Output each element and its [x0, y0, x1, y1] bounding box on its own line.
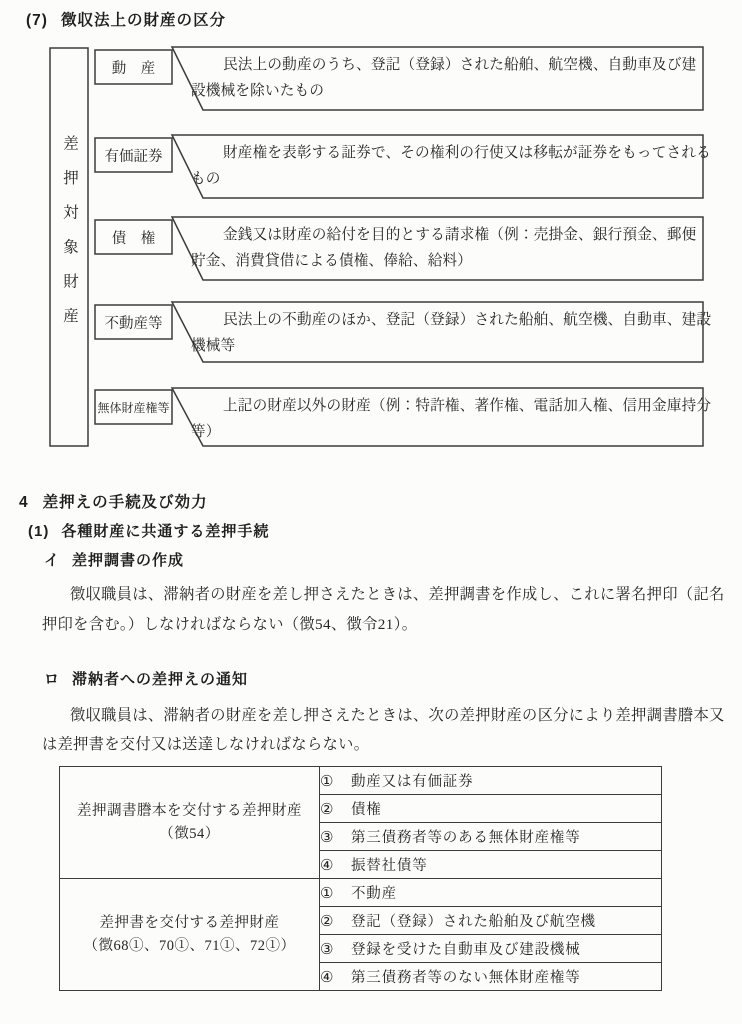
property-classification-diagram: 差押対象財産 動 産 有価証券 債 権 不動産等 無体財産権等 民法上の動産のう… — [0, 40, 742, 460]
paragraph-line: 徴収職員は、滞納者の財産を差し押さえたときは、次の差押財産の区分により差押調書謄… — [42, 701, 722, 730]
item-number: ① — [320, 772, 338, 791]
category-label-claims: 債 権 — [95, 220, 172, 254]
item-text: 第三債務者等のある無体財産権等 — [351, 830, 581, 846]
item-i-heading: イ差押調書の作成 — [44, 549, 184, 570]
section4-title: 差押えの手続及び効力 — [43, 494, 208, 511]
table-cell: ③第三債務者等のある無体財産権等 — [320, 823, 662, 851]
category-description-movables: 民法上の動産のうち、登記（登録）された船舶、航空機、自動車及び建 設機械を除いた… — [191, 47, 703, 104]
group1-header-line1: 差押調書謄本を交付する差押財産 — [60, 800, 319, 823]
description-line: 財産権を表彰する証券で、その権利の行使又は移転が証券をもってされる — [191, 140, 703, 166]
table-cell: ④振替社債等 — [320, 851, 662, 879]
table-cell: ②登記（登録）された船舶及び航空機 — [320, 907, 662, 935]
category-description-intangibles: 上記の財産以外の財産（例：特許権、著作権、電話加入権、信用金庫持分 等） — [191, 388, 703, 445]
item-ro-title: 滞納者への差押えの通知 — [72, 671, 248, 688]
section4-number: 4 — [19, 494, 29, 511]
item-number: ① — [320, 884, 338, 903]
table-cell: ③登録を受けた自動車及び建設機械 — [320, 935, 662, 963]
description-line: 機械等 — [191, 333, 703, 359]
group1-header-cell: 差押調書謄本を交付する差押財産 （徴54） — [60, 767, 320, 879]
paragraph-line: 徴収職員は、滞納者の財産を差し押さえたときは、差押調書を作成し、これに署名押印（… — [42, 580, 722, 610]
description-line: 等） — [191, 419, 703, 445]
category-label-securities: 有価証券 — [95, 138, 172, 172]
table-cell: ①不動産 — [320, 879, 662, 907]
diagram-axis-label: 差押対象財産 — [50, 48, 88, 428]
item-i-marker: イ — [44, 552, 60, 569]
description-line: 民法上の不動産のほか、登記（登録）された船舶、航空機、自動車、建設 — [191, 307, 703, 333]
item-text: 第三債務者等のない無体財産権等 — [351, 970, 581, 986]
table-cell: ②債権 — [320, 795, 662, 823]
table-row: 差押調書謄本を交付する差押財産 （徴54） ①動産又は有価証券 — [60, 767, 662, 795]
category-description-securities: 財産権を表彰する証券で、その権利の行使又は移転が証券をもってされる もの — [191, 135, 703, 192]
group2-header-cell: 差押書を交付する差押財産 （徴68①、70①、71①、72①） — [60, 879, 320, 991]
description-line: もの — [191, 166, 703, 192]
category-label-realestate: 不動産等 — [95, 305, 172, 339]
section7-number: (7) — [26, 12, 48, 29]
subsection1-title: 各種財産に共通する差押手続 — [61, 523, 269, 540]
scanned-document-page: (7)徴収法上の財産の区分 差押対象財産 動 産 有価証券 債 権 不動産等 — [0, 0, 742, 1024]
section7-heading: (7)徴収法上の財産の区分 — [26, 8, 226, 30]
group1-header-line2: （徴54） — [60, 823, 319, 846]
table-row: 差押書を交付する差押財産 （徴68①、70①、71①、72①） ①不動産 — [60, 879, 662, 907]
seizure-notification-table: 差押調書謄本を交付する差押財産 （徴54） ①動産又は有価証券 ②債権 ③第三債… — [59, 766, 662, 991]
table-cell: ①動産又は有価証券 — [320, 767, 662, 795]
section7-title: 徴収法上の財産の区分 — [61, 12, 226, 29]
group2-header-line1: 差押書を交付する差押財産 — [60, 912, 319, 935]
item-text: 動産又は有価証券 — [351, 774, 473, 790]
item-text: 登録を受けた自動車及び建設機械 — [351, 942, 581, 958]
category-label-movables: 動 産 — [95, 50, 172, 84]
description-line: 金銭又は財産の給付を目的とする請求権（例：売掛金、銀行預金、郵便 — [191, 222, 703, 248]
description-line: 上記の財産以外の財産（例：特許権、著作権、電話加入権、信用金庫持分 — [191, 393, 703, 419]
item-ro-heading: ロ滞納者への差押えの通知 — [44, 668, 248, 689]
item-number: ② — [320, 800, 338, 819]
item-text: 不動産 — [351, 886, 397, 902]
description-line: 貯金、消費貸借による債権、俸給、給料） — [191, 248, 703, 274]
paragraph-line: は差押書を交付又は送達しなければならない。 — [42, 730, 722, 759]
paragraph-line: 押印を含む。）しなければならない（徴54、徴令21）。 — [42, 610, 722, 640]
item-text: 登記（登録）された船舶及び航空機 — [351, 914, 596, 930]
group2-header-line2: （徴68①、70①、71①、72①） — [60, 935, 319, 958]
subsection1-number: (1) — [28, 523, 49, 540]
item-number: ② — [320, 912, 338, 931]
item-number: ③ — [320, 828, 338, 847]
item-ro-marker: ロ — [44, 671, 60, 688]
item-i-title: 差押調書の作成 — [72, 552, 184, 569]
category-description-realestate: 民法上の不動産のほか、登記（登録）された船舶、航空機、自動車、建設 機械等 — [191, 302, 703, 359]
item-i-paragraph: 徴収職員は、滞納者の財産を差し押さえたときは、差押調書を作成し、これに署名押印（… — [42, 580, 722, 640]
description-line: 民法上の動産のうち、登記（登録）された船舶、航空機、自動車及び建 — [191, 52, 703, 78]
item-number: ④ — [320, 968, 338, 987]
item-number: ③ — [320, 940, 338, 959]
section4-heading: 4差押えの手続及び効力 — [19, 490, 208, 512]
table-cell: ④第三債務者等のない無体財産権等 — [320, 963, 662, 991]
item-text: 債権 — [351, 802, 382, 818]
category-description-claims: 金銭又は財産の給付を目的とする請求権（例：売掛金、銀行預金、郵便 貯金、消費貸借… — [191, 217, 703, 274]
description-line: 設機械を除いたもの — [191, 78, 703, 104]
subsection1-heading: (1)各種財産に共通する差押手続 — [28, 520, 269, 541]
item-ro-paragraph: 徴収職員は、滞納者の財産を差し押さえたときは、次の差押財産の区分により差押調書謄… — [42, 701, 722, 759]
category-label-intangibles: 無体財産権等 — [95, 390, 172, 424]
item-number: ④ — [320, 856, 338, 875]
item-text: 振替社債等 — [351, 858, 428, 874]
